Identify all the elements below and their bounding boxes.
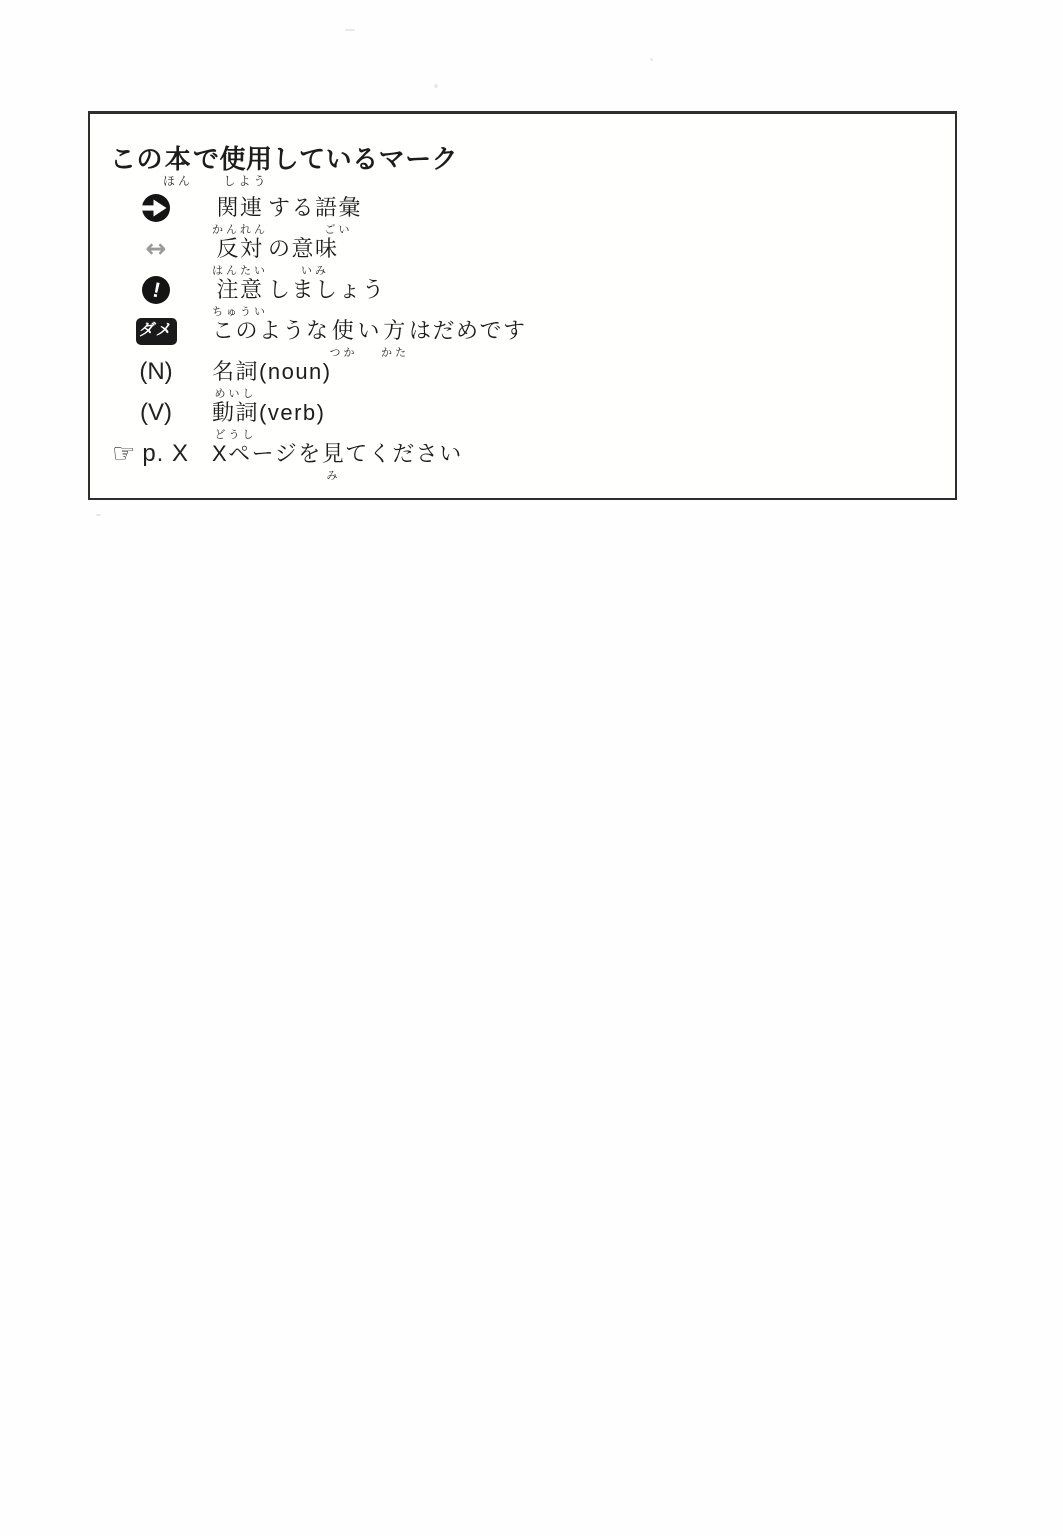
text-segment: しているマーク [273, 144, 459, 174]
text-segment: はだめです [409, 316, 527, 346]
text-segment: の [268, 234, 292, 264]
segment-text: はだめです [409, 316, 527, 346]
segment-text: の [268, 234, 292, 264]
noun-marker: (N) [139, 357, 172, 387]
legend-row: 関連かんれんする語彙ごい [90, 193, 955, 234]
legend-row-text: 関連かんれんする語彙ごい [212, 193, 362, 236]
scan-speck [650, 58, 653, 61]
text-segment: 名詞めいし [212, 357, 259, 400]
opposite-meaning-arrow-icon: ↔ [146, 234, 167, 264]
text-segment: Xページを [212, 439, 322, 469]
verb-marker: (V) [140, 398, 172, 428]
segment-text: この [110, 144, 163, 174]
text-segment: (verb) [259, 398, 325, 428]
segment-text: Xページを [212, 439, 322, 469]
legend-row-text: 注意ちゅういしましょう [212, 275, 386, 318]
legend-row-text: 動詞どうし (verb) [212, 398, 325, 441]
text-segment: 意味いみ [292, 234, 339, 277]
scan-speck [434, 84, 438, 88]
legend-row: (N)名詞めいし (noun) [90, 357, 955, 398]
legend-row-text: Xページを見みてください [212, 439, 463, 482]
legend-row: (V)動詞どうし (verb) [90, 398, 955, 439]
segment-text: 反対 [212, 234, 268, 264]
segment-text: 使 [330, 316, 358, 346]
segment-text: 方 [381, 316, 409, 346]
legend-row: ダメこのような使つかい方かたはだめです [90, 316, 955, 357]
segment-text: で [193, 144, 220, 174]
icon-cell: ↔ [126, 234, 186, 264]
icon-cell: ! [126, 275, 186, 305]
text-segment: この [110, 144, 163, 174]
text-segment: 使つか [330, 316, 358, 359]
segment-text: 関連 [212, 193, 268, 223]
legend-box: この本ほんで使用しようしているマーク 関連かんれんする語彙ごい↔反対はんたいの意… [88, 111, 957, 500]
icon-cell [126, 193, 186, 223]
text-segment: 方かた [381, 316, 409, 359]
legend-row: !注意ちゅういしましょう [90, 275, 955, 316]
scan-speck [96, 514, 101, 516]
legend-row-text: 反対はんたいの意味いみ [212, 234, 339, 277]
scanned-page: この本ほんで使用しようしているマーク 関連かんれんする語彙ごい↔反対はんたいの意… [0, 0, 1063, 1536]
text-segment: 反対はんたい [212, 234, 268, 277]
text-segment: 動詞どうし [212, 398, 259, 441]
segment-text: (noun) [259, 357, 332, 387]
furigana: ほん [163, 175, 193, 187]
text-segment: 関連かんれん [212, 193, 268, 236]
segment-text: 使用 [220, 144, 273, 174]
furigana: み [322, 470, 346, 482]
text-segment: する [268, 193, 315, 223]
segment-text: しているマーク [273, 144, 459, 174]
text-segment: (noun) [259, 357, 332, 387]
furigana: つか [330, 347, 358, 359]
segment-text: 意味 [292, 234, 339, 264]
page-ref-hand-icon: ☞ [112, 439, 135, 469]
segment-text: 語彙 [315, 193, 362, 223]
icon-cell: (V) [126, 398, 186, 428]
text-segment: このような [212, 316, 330, 346]
segment-text: 動詞 [212, 398, 259, 428]
segment-text: 本 [163, 144, 193, 174]
text-segment: 本ほん [163, 144, 193, 187]
badge-label: ダメ [138, 323, 174, 339]
legend-row: ↔反対はんたいの意味いみ [90, 234, 955, 275]
segment-text: 注意 [212, 275, 268, 305]
dame-badge: ダメ [136, 318, 177, 345]
segment-text: 見 [322, 439, 346, 469]
text-segment: 語彙ごい [315, 193, 362, 236]
segment-text: てください [345, 439, 463, 469]
icon-cell: (N) [126, 357, 186, 387]
segment-text: このような [212, 316, 330, 346]
icon-cell: ダメ [126, 316, 186, 346]
segment-text: (verb) [259, 398, 325, 428]
page-title: この本ほんで使用しようしているマーク [110, 144, 458, 187]
text-segment: い [358, 316, 382, 346]
legend-row-text: このような使つかい方かたはだめです [212, 316, 527, 359]
text-segment: で [193, 144, 220, 174]
text-segment: 見み [322, 439, 346, 482]
text-segment: 使用しよう [220, 144, 273, 187]
related-arrow-icon [141, 193, 171, 223]
exclamation-glyph: ! [150, 279, 161, 301]
caution-exclamation-icon: ! [142, 276, 170, 304]
text-segment: てください [345, 439, 463, 469]
legend-rows: 関連かんれんする語彙ごい↔反対はんたいの意味いみ!注意ちゅういしましょうダメこの… [90, 193, 955, 480]
scan-speck [345, 29, 355, 31]
text-segment: 注意ちゅうい [212, 275, 268, 318]
icon-cell: ☞p. X [112, 439, 198, 469]
segment-text: 名詞 [212, 357, 259, 387]
legend-row: ☞p. XXページを見みてください [90, 439, 955, 480]
legend-row-text: 名詞めいし (noun) [212, 357, 332, 400]
furigana: しよう [220, 175, 273, 187]
furigana: かた [381, 347, 409, 359]
text-segment: しましょう [268, 275, 386, 305]
segment-text: する [268, 193, 315, 223]
page-ref-label: p. X [142, 439, 189, 469]
segment-text: い [358, 316, 382, 346]
segment-text: しましょう [268, 275, 386, 305]
